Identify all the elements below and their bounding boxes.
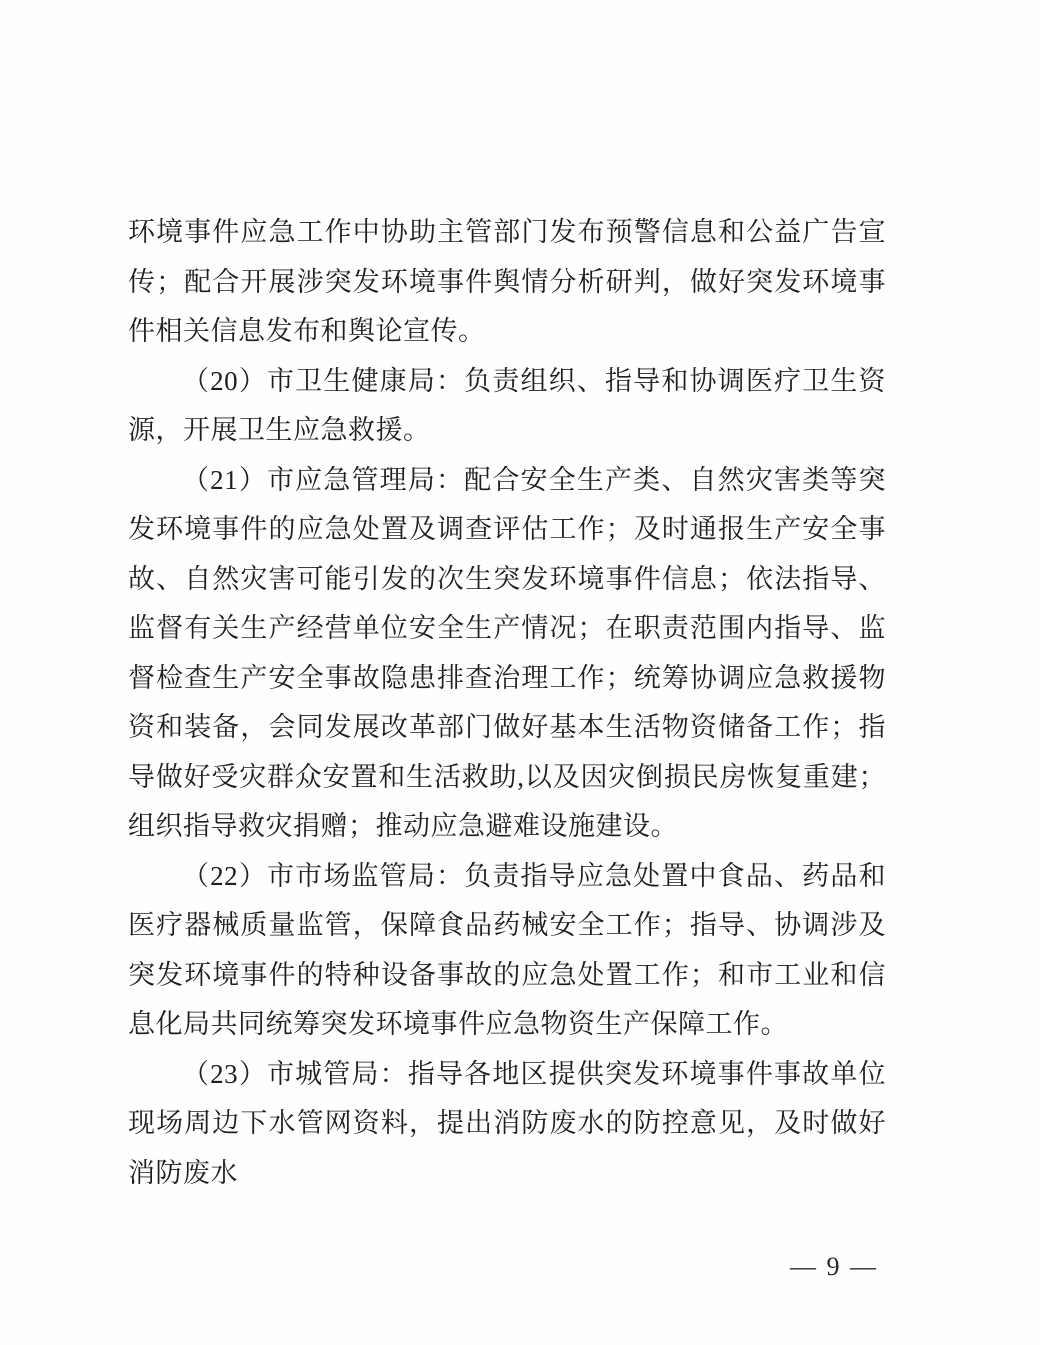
page-number: — 9 — [790, 1252, 878, 1282]
document-page: 环境事件应急工作中协助主管部门发布预警信息和公益广告宣传；配合开展涉突发环境事件… [0, 0, 1040, 1345]
body-paragraph-item-21: （21）市应急管理局：配合安全生产类、自然灾害类等突发环境事件的应急处置及调查评… [128, 456, 886, 852]
body-paragraph-item-20: （20）市卫生健康局：负责组织、指导和协调医疗卫生资源，开展卫生应急救援。 [128, 357, 886, 456]
body-paragraph-continuation: 环境事件应急工作中协助主管部门发布预警信息和公益广告宣传；配合开展涉突发环境事件… [128, 208, 886, 357]
body-paragraph-item-22: （22）市市场监管局：负责指导应急处置中食品、药品和医疗器械质量监管，保障食品药… [128, 852, 886, 1050]
body-paragraph-item-23: （23）市城管局：指导各地区提供突发环境事件事故单位现场周边下水管网资料，提出消… [128, 1050, 886, 1199]
document-body: 环境事件应急工作中协助主管部门发布预警信息和公益广告宣传；配合开展涉突发环境事件… [128, 208, 886, 1198]
